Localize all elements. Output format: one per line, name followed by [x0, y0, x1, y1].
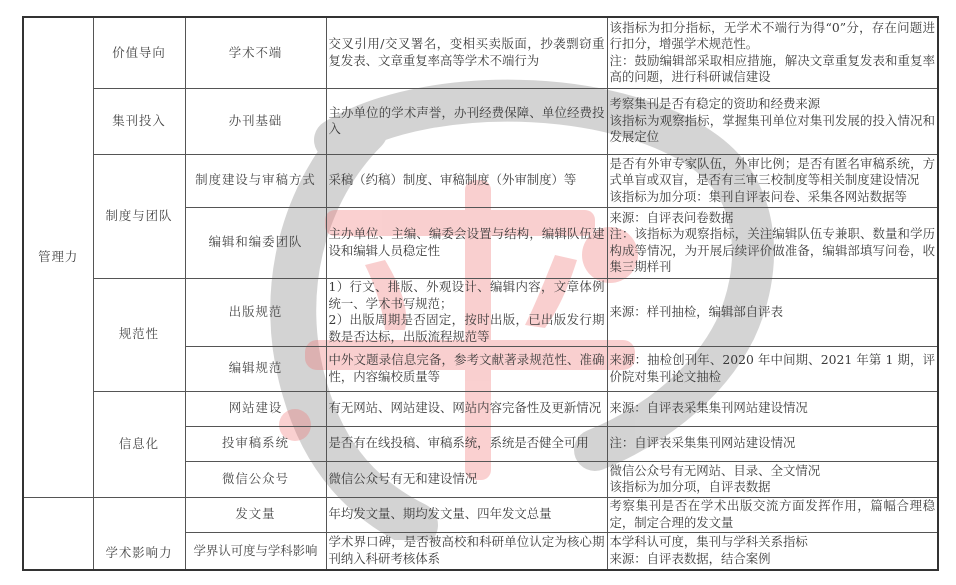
content-cell: 学术界口碑，是否被高校和科研单位认定为核心期刊纳入科研考核体系	[326, 532, 607, 570]
table-row: 制度与团队 制度建设与审稿方式 采稿（约稿）制度、审稿制度（外审制度）等 是否有…	[23, 154, 938, 207]
level3-cell: 编辑规范	[185, 346, 326, 391]
note-line: 来源：自评表问卷数据	[610, 210, 936, 227]
note-line: 该指标为观察指标，掌握集刊单位对集刊发展的投入情况和发展定位	[610, 113, 936, 146]
level3-cell: 出版规范	[185, 278, 326, 346]
content-cell: 采稿（约稿）制度、审稿制度（外审制度）等	[326, 154, 607, 207]
content-cell: 中外文题录信息完备，参考文献著录规范性、准确性，内容编校质量等	[326, 346, 607, 391]
content-cell: 主办单位的学术声誉，办刊经费保障、单位经费投入	[326, 88, 607, 154]
content-cell: 是否有在线投稿、审稿系统，系统是否健全可用	[326, 426, 607, 461]
notes-cell: 微信公众号有无网站、目录、全文情况 该指标为加分项，自评表数据	[607, 461, 938, 497]
notes-cell: 考察集刊是否有稳定的资助和经费来源 该指标为观察指标，掌握集刊单位对集刊发展的投…	[607, 88, 938, 154]
content-cell: 主办单位、主编、编委会设置与结构，编辑队伍建设和编辑人员稳定性	[326, 207, 607, 278]
notes-cell: 来源：自评表问卷数据 注：该指标为观察指标，关注编辑队伍专兼职、数量和学历构成等…	[607, 207, 938, 278]
content-cell: 有无网站、网站建设、网站内容完备性及更新情况	[326, 391, 607, 426]
level3-cell: 学术不端	[185, 17, 326, 88]
level2-cell: 价值导向	[93, 17, 185, 88]
level3-cell: 发文量	[185, 497, 326, 532]
content-line: 1）行文、排版、外观设计、编辑内容，文章体例统一、学术书写规范；	[329, 279, 605, 312]
notes-cell: 注：自评表采集集刊网站建设情况	[607, 426, 938, 461]
notes-cell: 来源：样刊抽检，编辑部自评表	[607, 278, 938, 346]
table-row: 集刊投入 办刊基础 主办单位的学术声誉，办刊经费保障、单位经费投入 考察集刊是否…	[23, 88, 938, 154]
evaluation-index-table: 管理力 价值导向 学术不端 交叉引用/交叉署名，变相买卖版面，抄袭剽窃重复发表、…	[22, 16, 939, 571]
level2-cell: 制度与团队	[93, 154, 185, 278]
level3-cell: 制度建设与审稿方式	[185, 154, 326, 207]
level2-cell: 学术影响力	[93, 497, 185, 570]
level1-cell: 管理力	[23, 17, 93, 497]
table-row: 管理力 价值导向 学术不端 交叉引用/交叉署名，变相买卖版面，抄袭剽窃重复发表、…	[23, 17, 938, 88]
note-line: 该指标为加分项：集刊自评表问卷、采集各网站数据等	[610, 189, 936, 206]
notes-cell: 来源：自评表采集集刊网站建设情况	[607, 391, 938, 426]
content-cell: 交叉引用/交叉署名，变相买卖版面，抄袭剽窃重复发表、文章重复率高等学术不端行为	[326, 17, 607, 88]
level3-cell: 微信公众号	[185, 461, 326, 497]
level2-cell: 信息化	[93, 391, 185, 497]
notes-cell: 本学科认可度，集刊与学科关系指标 来源：自评表数据，结合案例	[607, 532, 938, 570]
note-line: 考察集刊是否有稳定的资助和经费来源	[610, 96, 936, 113]
table-row: 学术影响力 发文量 年均发文量、期均发文量、四年发文总量 考察集刊是否在学术出版…	[23, 497, 938, 532]
content-cell: 1）行文、排版、外观设计、编辑内容，文章体例统一、学术书写规范； 2）出版周期是…	[326, 278, 607, 346]
content-line: 2）出版周期是否固定，按时出版，已出版发行期数是否达标，出版流程规范等	[329, 312, 605, 345]
notes-cell: 是否有外审专家队伍，外审比例；是否有匿名审稿系统，方式单盲或双盲，是否有三审三校…	[607, 154, 938, 207]
level2-cell: 集刊投入	[93, 88, 185, 154]
note-line: 该指标为加分项，自评表数据	[610, 479, 936, 496]
notes-cell: 来源：抽检创刊年、2020 年中间期、2021 年第 1 期，评价院对集刊论文抽…	[607, 346, 938, 391]
note-line: 微信公众号有无网站、目录、全文情况	[610, 463, 936, 480]
notes-cell: 考察集刊是否在学术出版交流方面发挥作用，篇幅合理稳定，制定合理的发文量	[607, 497, 938, 532]
level2-cell: 规范性	[93, 278, 185, 391]
content-cell: 年均发文量、期均发文量、四年发文总量	[326, 497, 607, 532]
level3-cell: 投审稿系统	[185, 426, 326, 461]
table-row: 规范性 出版规范 1）行文、排版、外观设计、编辑内容，文章体例统一、学术书写规范…	[23, 278, 938, 346]
notes-cell: 该指标为扣分指标，无学术不端行为得“0”分，存在问题进行扣分，增强学术规范性。 …	[607, 17, 938, 88]
content-cell: 微信公众号有无和建设情况	[326, 461, 607, 497]
table-row: 信息化 网站建设 有无网站、网站建设、网站内容完备性及更新情况 来源：自评表采集…	[23, 391, 938, 426]
note-line: 注：该指标为观察指标，关注编辑队伍专兼职、数量和学历构成等情况，为开展后续评价做…	[610, 226, 936, 276]
note-line: 该指标为扣分指标，无学术不端行为得“0”分，存在问题进行扣分，增强学术规范性。	[610, 20, 936, 53]
level3-cell: 学界认可度与学科影响	[185, 532, 326, 570]
note-line: 本学科认可度，集刊与学科关系指标	[610, 534, 936, 551]
note-line: 来源：自评表数据，结合案例	[610, 551, 936, 568]
level3-cell: 编辑和编委团队	[185, 207, 326, 278]
level1-cell	[23, 497, 93, 570]
note-line: 注：鼓励编辑部采取相应措施，解决文章重复发表和重复率高的问题，进行科研诚信建设	[610, 53, 936, 86]
level3-cell: 办刊基础	[185, 88, 326, 154]
note-line: 是否有外审专家队伍，外审比例；是否有匿名审稿系统，方式单盲或双盲，是否有三审三校…	[610, 156, 936, 189]
level3-cell: 网站建设	[185, 391, 326, 426]
